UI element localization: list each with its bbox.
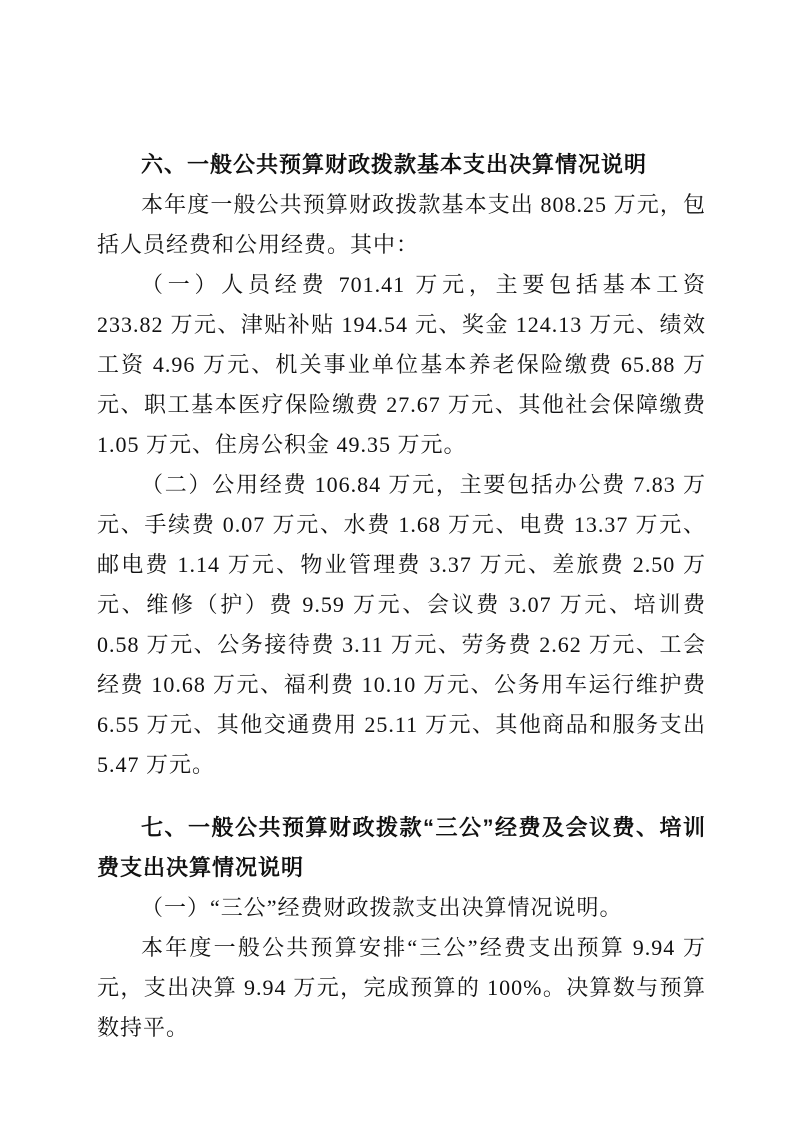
document-page: 六、一般公共预算财政拨款基本支出决算情况说明 本年度一般公共预算财政拨款基本支出… (0, 0, 793, 1122)
paragraph-personnel-funds: （一）人员经费 701.41 万元，主要包括基本工资 233.82 万元、津贴补… (97, 265, 706, 465)
section-basic-expenditure-heading: 六、一般公共预算财政拨款基本支出决算情况说明 (97, 145, 706, 185)
paragraph-three-public-subtitle: （一）“三公”经费财政拨款支出决算情况说明。 (97, 888, 706, 928)
section-basic-expenditure: 六、一般公共预算财政拨款基本支出决算情况说明 本年度一般公共预算财政拨款基本支出… (97, 145, 706, 785)
section-three-public-funds: 七、一般公共预算财政拨款“三公”经费及会议费、培训费支出决算情况说明 （一）“三… (97, 808, 706, 1048)
paragraph-three-public-detail: 本年度一般公共预算安排“三公”经费支出预算 9.94 万元，支出决算 9.94 … (97, 928, 706, 1048)
paragraph-public-funds: （二）公用经费 106.84 万元，主要包括办公费 7.83 万元、手续费 0.… (97, 465, 706, 785)
paragraph-basic-expenditure-total: 本年度一般公共预算财政拨款基本支出 808.25 万元，包括人员经费和公用经费。… (97, 185, 706, 265)
section-three-public-funds-heading: 七、一般公共预算财政拨款“三公”经费及会议费、培训费支出决算情况说明 (97, 808, 706, 888)
